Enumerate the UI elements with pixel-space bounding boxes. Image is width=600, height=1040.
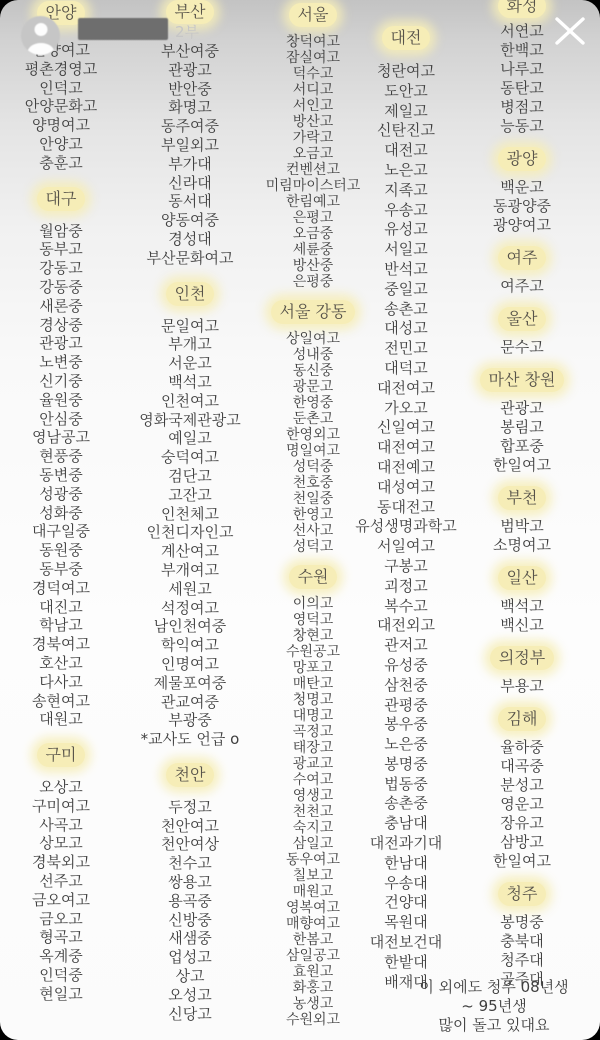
school-item: 백석고 [130,373,250,392]
school-item: 석정여고 [130,599,250,618]
school-item: 안심중 [1,410,121,429]
school-item: 동변중 [1,466,121,485]
school-item: 전민고 [346,339,466,359]
school-item: 선주고 [1,872,121,891]
region-header: 인천 [130,282,250,306]
school-item: 구봉고 [346,557,466,577]
school-item: 새론중 [1,297,121,316]
school-item: *교사도 언급 o [130,730,250,749]
school-item: 유성고 [346,220,466,240]
region-header: 의정부 [462,646,582,670]
region-header: 구미 [1,743,121,767]
school-item: 합포중 [462,437,582,456]
school-item: 신라대 [130,174,250,193]
footnote: 이 외에도 청주 08년생 ~ 95년생 많이 돌고 있대요 [408,978,580,1035]
school-item: 봉우중 [346,715,466,735]
school-item: 능동고 [462,117,582,136]
school-item: 계산여고 [130,542,250,561]
school-item: 부가대 [130,155,250,174]
school-item: 분성고 [462,776,582,795]
school-item: 대원고 [1,710,121,729]
school-item: 건양대 [346,893,466,913]
school-item: 우송고 [346,201,466,221]
school-item: 제일고 [346,102,466,122]
school-item: 안양문화고 [1,97,121,116]
region-label: 서울 강동 [271,300,356,324]
footnote-line: 이 외에도 청주 08년생 [408,978,580,997]
school-item: 대성고 [346,319,466,339]
school-item: 광양여고 [462,216,582,235]
school-item: 동광양중 [462,197,582,216]
footnote-line: ~ 95년생 [408,997,580,1016]
school-item: 양동여중 [130,211,250,230]
school-item: 대성여고 [346,478,466,498]
region-label: 김해 [498,707,547,731]
school-item: 한일여고 [462,456,582,475]
school-item: 영운고 [462,795,582,814]
school-item: 인천여고 [130,392,250,411]
region-header: 청주 [462,882,582,906]
school-item: 양명여고 [1,116,121,135]
school-item: 우송대 [346,874,466,894]
school-item: 숭덕여고 [130,448,250,467]
school-item: 대전여고 [346,438,466,458]
school-item: 고잔고 [130,486,250,505]
school-item: 동부고 [1,240,121,259]
region-label: 구미 [37,743,86,767]
school-item: 학남고 [1,616,121,635]
school-item: 월암중 [1,222,121,241]
school-item: 안양고 [1,135,121,154]
school-item: 봉명중 [346,755,466,775]
school-item: 동주여중 [130,117,250,136]
school-item: 신일여고 [346,418,466,438]
school-item: 율원중 [1,391,121,410]
school-item: 백운고 [462,178,582,197]
school-item: 동부중 [1,560,121,579]
school-item: 한일여고 [462,852,582,871]
school-item: 경덕여고 [1,579,121,598]
school-item: 신방중 [130,911,250,930]
region-label: 대전 [382,26,431,50]
school-item: 평촌경영고 [1,60,121,79]
school-item: 청란여고 [346,62,466,82]
school-item: 청주대 [462,951,582,970]
school-item: 삼천중 [346,676,466,696]
school-item: 도안고 [346,82,466,102]
school-item: 서일여고 [346,537,466,557]
school-item: 사곡고 [1,816,121,835]
school-item: 성화중 [1,504,121,523]
school-item: 대전고 [346,141,466,161]
region-label: 수원 [289,565,338,589]
school-item: 송현여고 [1,692,121,711]
school-item: 부용고 [462,677,582,696]
school-item: 영남공고 [1,428,121,447]
school-item: 현풍중 [1,447,121,466]
region-label: 의정부 [490,646,554,670]
footnote-line: 많이 돌고 있대요 [408,1016,580,1035]
region-header: 광양 [462,147,582,171]
school-item: 화명고 [130,98,250,117]
region-label: 대구 [37,187,86,211]
school-item: 형곡고 [1,928,121,947]
school-item: 관광고 [130,61,250,80]
school-item: 상모고 [1,834,121,853]
school-item: 강동중 [1,278,121,297]
school-item: 병점고 [462,98,582,117]
school-item: 동서대 [130,192,250,211]
school-item: 천안여상 [130,835,250,854]
school-item: 백신고 [462,616,582,635]
school-item: 새샘중 [130,929,250,948]
school-item: 대진고 [1,598,121,617]
region-header: 마산 창원 [462,368,582,392]
person-head-icon [34,23,47,36]
school-item: 금오여고 [1,891,121,910]
school-item: 법동중 [346,775,466,795]
school-column-4: 대전청란여고도안고제일고신탄진고대전고노은고지족고우송고유성고서일고반석고중일고… [346,0,466,992]
redacted-username-bar [78,18,168,40]
school-item: 금오고 [1,910,121,929]
school-item: 관평중 [346,696,466,716]
school-item: 세원고 [130,580,250,599]
region-label: 광양 [498,147,547,171]
story-tap-area[interactable]: 2부 안양안양여고평촌경영고인덕고안양문화고양명여고안양고충훈고대구월암중동부고… [0,0,600,1040]
school-item: 천수고 [130,854,250,873]
region-label: 부천 [498,486,547,510]
school-item: 노변중 [1,353,121,372]
school-item: 봉명중 [462,913,582,932]
school-item: 율하중 [462,738,582,757]
school-item: 관교여중 [130,693,250,712]
school-item: 동탄고 [462,79,582,98]
school-item: 반석고 [346,260,466,280]
school-item: 호산고 [1,654,121,673]
school-item: 유성생명과학고 [346,517,466,537]
school-item: 부개여고 [130,561,250,580]
school-item: 목원대 [346,913,466,933]
school-item: 신탄진고 [346,121,466,141]
school-item: 관저고 [346,636,466,656]
school-item: 예일고 [130,429,250,448]
school-item: 대덕고 [346,359,466,379]
school-item: 괴정고 [346,577,466,597]
school-item: 학익여고 [130,636,250,655]
school-item: 서운고 [130,354,250,373]
school-item: 문일여고 [130,317,250,336]
school-item: 소명여고 [462,536,582,555]
region-label: 인천 [166,282,215,306]
school-item: 문수고 [462,338,582,357]
school-item: 수원외고 [253,1012,373,1028]
school-item: 서일고 [346,240,466,260]
school-item: 현일고 [1,985,121,1004]
school-item: 대곡중 [462,757,582,776]
school-item: 충남대 [346,814,466,834]
school-item: 안양여고 [1,41,121,60]
school-item: 농생고 [253,996,373,1012]
school-item: 충훈고 [1,154,121,173]
person-torso-icon [27,43,54,55]
school-item: 동원중 [1,541,121,560]
school-item: 대전보건대 [346,933,466,953]
region-header: 부천 [462,486,582,510]
redacted-hint-text: 2부 [175,21,199,42]
school-item: 반안중 [130,80,250,99]
school-item: 대전예고 [346,458,466,478]
school-item: 천안여고 [130,817,250,836]
region-header: 천안 [130,763,250,787]
school-item: 송촌중 [346,794,466,814]
school-item: 여주고 [462,277,582,296]
region-label: 마산 창원 [480,368,565,392]
school-item: 백석고 [462,597,582,616]
school-item: 상고 [130,967,250,986]
region-label: 천안 [166,763,215,787]
school-item: 인천체고 [130,505,250,524]
school-item: 경성대 [130,230,250,249]
region-label: 여주 [498,246,547,270]
school-item: 오성고 [130,986,250,1005]
region-label: 서울 [289,3,338,27]
school-item: 검단고 [130,467,250,486]
school-item: 신당고 [130,1005,250,1024]
school-item: 관광고 [1,334,121,353]
school-item: 지족고 [346,181,466,201]
region-header: 일산 [462,566,582,590]
region-header: 울산 [462,307,582,331]
region-label: 일산 [498,566,547,590]
school-item: 두정고 [130,798,250,817]
school-item: 부산문화여고 [130,249,250,268]
school-column-2: 부산부산여중관광고반안중화명고동주여중부일외고부가대신라대동서대양동여중경성대부… [130,0,250,1023]
school-item: 인덕중 [1,966,121,985]
region-header: 대전 [346,26,466,50]
school-item: 강동고 [1,259,121,278]
school-item: 장유고 [462,814,582,833]
school-item: 한밭대 [346,953,466,973]
school-item: 동대전고 [346,498,466,518]
school-item: 경북외고 [1,853,121,872]
school-item: 복수고 [346,597,466,617]
school-item: 봉림고 [462,418,582,437]
school-item: 송촌고 [346,300,466,320]
region-header: 여주 [462,246,582,270]
school-item: 경북여고 [1,635,121,654]
school-item: 성광중 [1,485,121,504]
school-column-1: 안양안양여고평촌경영고인덕고안양문화고양명여고안양고충훈고대구월암중동부고강동고… [1,0,121,1004]
school-item: 노은고 [346,161,466,181]
school-item: 부개고 [130,335,250,354]
school-item: 업성고 [130,948,250,967]
school-item: 쌍용고 [130,873,250,892]
school-item: 경상중 [1,316,121,335]
region-label: 청주 [498,882,547,906]
school-item: 노은중 [346,735,466,755]
school-item: 삼방고 [462,833,582,852]
school-item: 인천디자인고 [130,523,250,542]
school-item: 대전과기대 [346,834,466,854]
school-item: 유성중 [346,656,466,676]
school-column-5: 화성서연고한백고나루고동탄고병점고능동고광양백운고동광양중광양여고여주여주고울산… [462,0,582,989]
school-item: 중일고 [346,280,466,300]
school-item: 다사고 [1,673,121,692]
region-label: 울산 [498,307,547,331]
school-item: 인명여고 [130,655,250,674]
school-item: 관광고 [462,399,582,418]
school-item: 옥계중 [1,947,121,966]
school-item: 한남대 [346,854,466,874]
avatar[interactable] [21,16,60,55]
region-label: 화성 [498,0,547,18]
school-item: 대전여고 [346,379,466,399]
school-item: 나루고 [462,60,582,79]
region-header: 대구 [1,187,121,211]
school-item: 가오고 [346,399,466,419]
school-item: 대전외고 [346,616,466,636]
school-item: 인덕고 [1,79,121,98]
school-item: 제물포여중 [130,674,250,693]
school-item: 부산여중 [130,42,250,61]
school-item: 부광중 [130,711,250,730]
school-item: 용곡중 [130,892,250,911]
school-item: 부일외고 [130,136,250,155]
school-item: 구미여고 [1,797,121,816]
school-item: 범박고 [462,517,582,536]
school-item: 충북대 [462,932,582,951]
region-header: 김해 [462,707,582,731]
school-item: 오상고 [1,778,121,797]
school-item: 영화국제관광고 [130,411,250,430]
school-item: 대구일중 [1,522,121,541]
school-item: 남인천여중 [130,617,250,636]
close-icon[interactable] [552,15,588,47]
school-item: 신기중 [1,372,121,391]
